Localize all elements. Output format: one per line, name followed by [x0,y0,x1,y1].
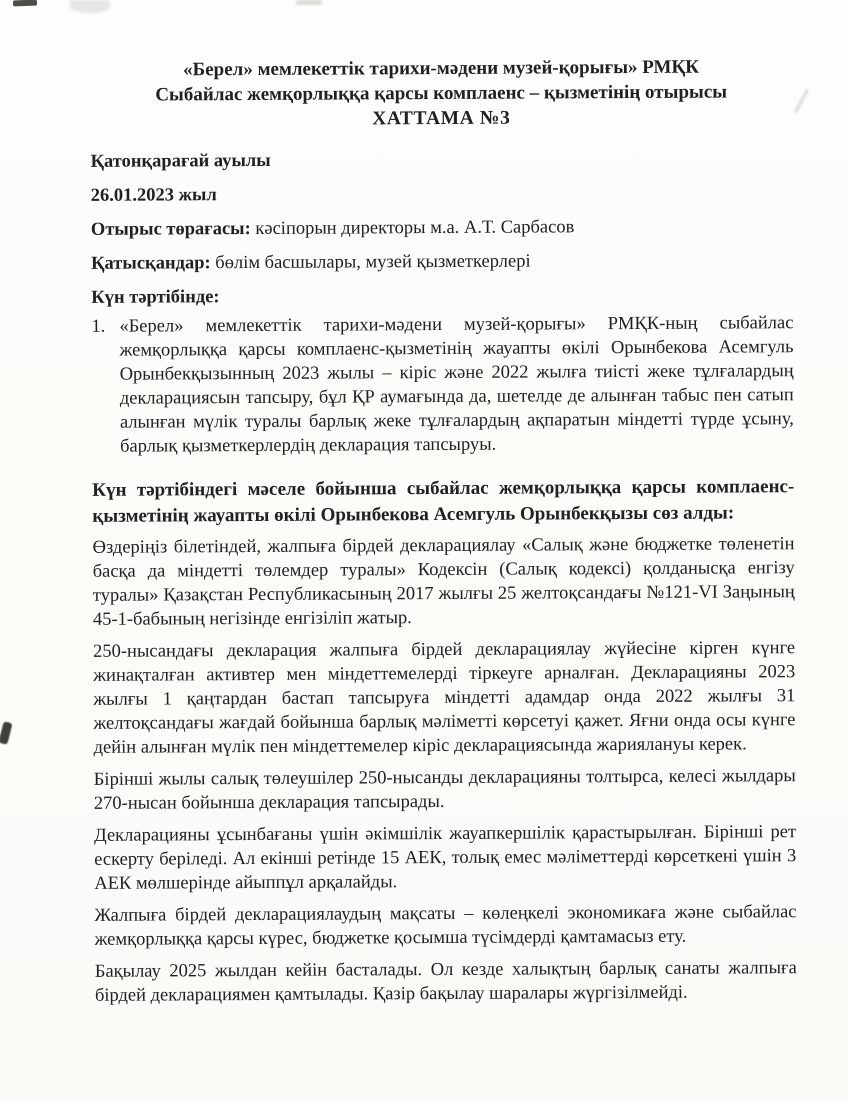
scan-artifact-top-dash [13,0,37,6]
location-line: Қатонқарағай ауылы [90,146,792,174]
document-meta: Қатонқарағай ауылы 26.01.2023 жыл Отырыс… [90,146,793,310]
document-header: «Берел» мемлекеттік тарихи-мәдени музей-… [90,54,792,133]
scanned-protocol-document: «Берел» мемлекеттік тарихи-мәдени музей-… [0,0,848,1100]
agenda-list: 1. «Берел» мемлекеттік тарихи-мәдени муз… [91,311,794,459]
speech-paragraph-1: Өздеріңіз білетіндей, жалпыға бірдей дек… [93,532,795,632]
chairman-label: Отырыс төрағасы: [91,219,251,240]
scan-artifact-top-faint-mark [296,0,322,5]
scan-artifact-left-edge-mark [0,721,13,745]
scan-artifact-right-faint-mark [794,89,809,113]
speech-section: Күн тәртібіндегі мәселе бойынша сыбайлас… [92,474,797,1008]
speech-paragraph-2: 250-нысандағы декларация жалпыға бірдей … [93,636,796,760]
meeting-subject-line: Сыбайлас жемқорлыққа қарсы комплаенс – қ… [90,79,792,108]
participants-value: бөлім басшылары, музей қызметкерлері [215,252,530,274]
agenda-heading: Күн тәртібінде: [91,282,793,310]
protocol-number-title: ХАТТАМА №3 [90,104,792,133]
participants-label: Қатысқандар: [91,253,211,274]
speech-paragraph-5: Жалпыға бірдей декларациялаудың мақсаты … [94,900,796,952]
scan-artifact-top-smudge [70,0,110,13]
chairman-line: Отырыс төрағасы: кәсіпорын директоры м.а… [91,214,793,242]
agenda-item-text: «Берел» мемлекеттік тарихи-мәдени музей-… [119,311,794,459]
participants-line: Қатысқандар: бөлім басшылары, музей қызм… [91,248,793,276]
org-name-line: «Берел» мемлекеттік тарихи-мәдени музей-… [90,54,792,83]
speaker-heading: Күн тәртібіндегі мәселе бойынша сыбайлас… [92,474,794,529]
agenda-item: 1. «Берел» мемлекеттік тарихи-мәдени муз… [91,311,794,459]
date-line: 26.01.2023 жыл [91,180,793,208]
agenda-item-number: 1. [91,315,119,339]
speech-paragraph-4: Декларацияны ұсынбағаны үшін әкімшілік ж… [94,820,796,896]
speech-paragraph-6: Бақылау 2025 жылдан кейін басталады. Ол … [95,956,797,1008]
document-content: «Берел» мемлекеттік тарихи-мәдени музей-… [90,54,797,1008]
chairman-value: кәсіпорын директоры м.а. А.Т. Сарбасов [255,217,574,239]
speech-paragraph-3: Бірінші жылы салық төлеушілер 250-нысанд… [94,764,796,816]
